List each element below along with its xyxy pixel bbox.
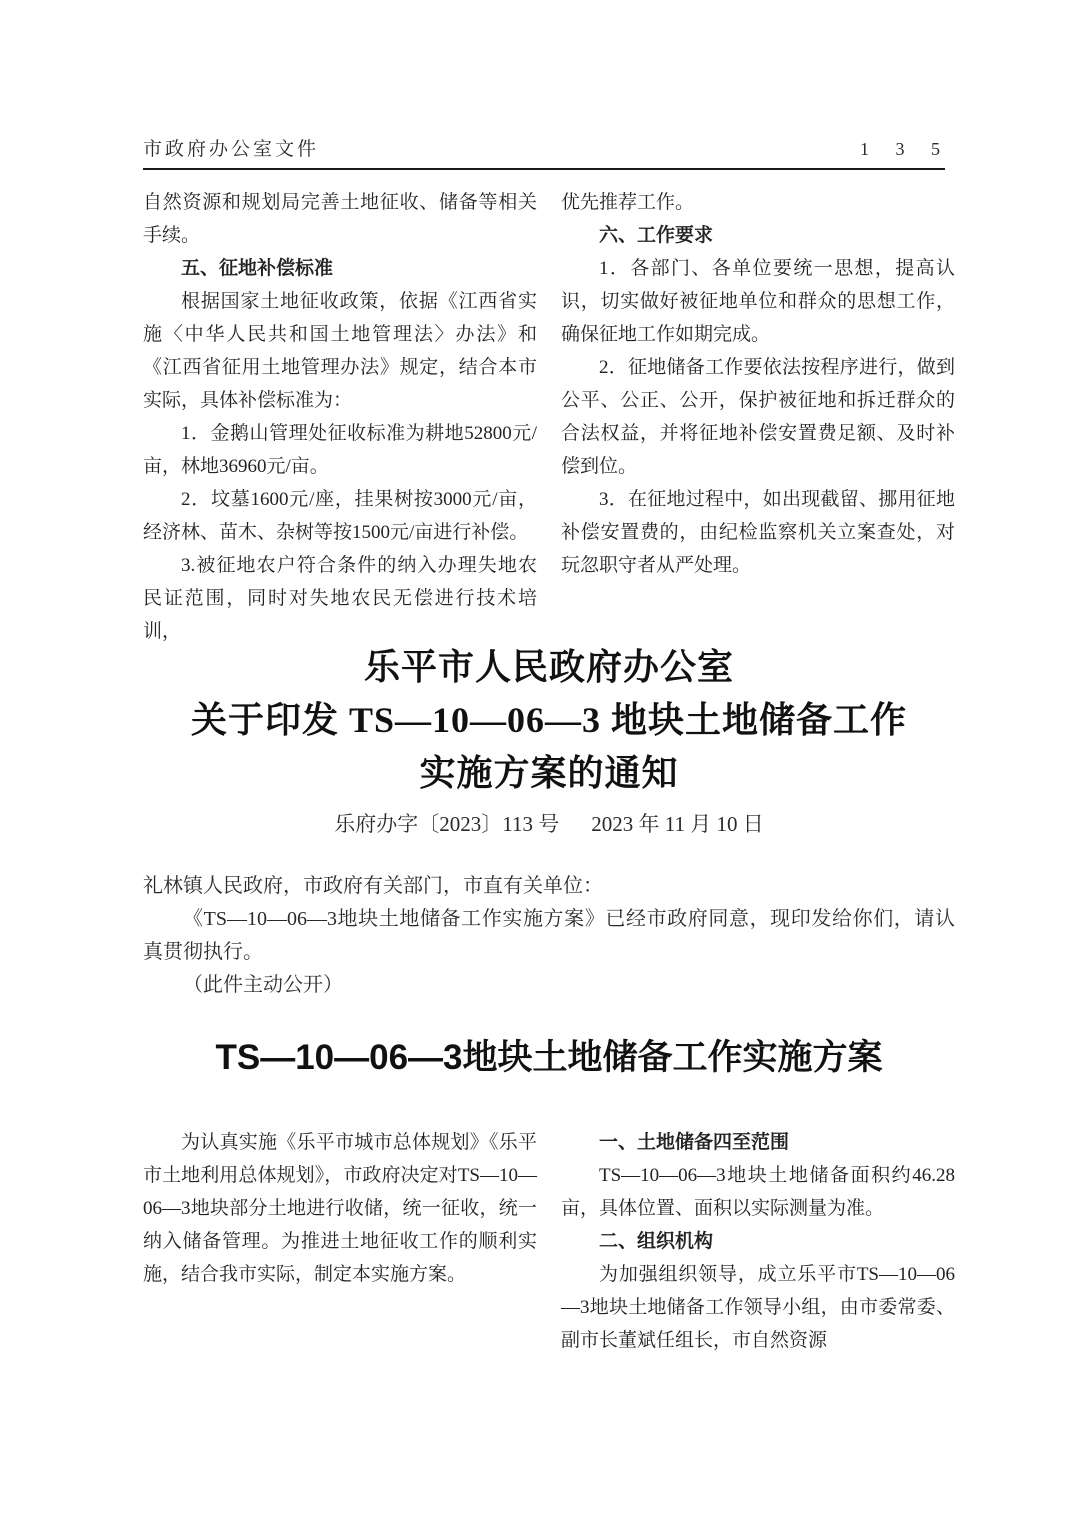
- plan-section: 为认真实施《乐平市城市总体规划》《乐平市土地利用总体规划》，市政府决定对TS—1…: [143, 1126, 955, 1357]
- document-number-line: 乐府办字〔2023〕113 号2023 年 11 月 10 日: [143, 808, 955, 838]
- notice-title: 乐平市人民政府办公室 关于印发 TS—10—06—3 地块土地储备工作 实施方案…: [143, 641, 955, 800]
- page-header: 市政府办公室文件 1 3 5: [143, 134, 945, 170]
- plan-title: TS—10—06—3地块土地储备工作实施方案: [143, 1030, 955, 1080]
- work-requirement-item-1: 1．各部门、各单位要统一思想，提高认识，切实做好被征地单位和群众的思想工作，确保…: [561, 252, 955, 351]
- plan-scope-paragraph: TS—10—06—3地块土地储备面积约46.28亩，具体位置、面积以实际测量为准…: [561, 1159, 955, 1225]
- heading-six-work-requirements: 六、工作要求: [561, 219, 955, 252]
- notice-title-line-3: 实施方案的通知: [143, 747, 955, 800]
- notice-title-line-1: 乐平市人民政府办公室: [143, 641, 955, 694]
- paragraph-policy-basis: 根据国家土地征收政策，依据《江西省实施〈中华人民共和国土地管理法〉办法》和《江西…: [143, 285, 537, 417]
- heading-five-compensation-standard: 五、征地补偿标准: [143, 252, 537, 285]
- compensation-requirements-section: 自然资源和规划局完善土地征收、储备等相关手续。 五、征地补偿标准 根据国家土地征…: [143, 186, 955, 648]
- work-requirement-item-2: 2．征地储备工作要依法按程序进行，做到公平、公正、公开，保护被征地和拆迁群众的合…: [561, 351, 955, 483]
- document-page: 市政府办公室文件 1 3 5 自然资源和规划局完善土地征收、储备等相关手续。 五…: [0, 0, 1074, 1520]
- header-rule: 市政府办公室文件 1 3 5: [143, 134, 945, 170]
- page-number: 1 3 5: [860, 139, 951, 160]
- heading-two-organization: 二、组织机构: [561, 1225, 955, 1258]
- work-requirement-item-3: 3．在征地过程中，如出现截留、挪用征地补偿安置费的，由纪检监察机关立案查处，对玩…: [561, 483, 955, 582]
- compensation-item-1: 1．金鹅山管理处征收标准为耕地52800元/亩，林地36960元/亩。: [143, 417, 537, 483]
- plan-intro-paragraph: 为认真实施《乐平市城市总体规划》《乐平市土地利用总体规划》，市政府决定对TS—1…: [143, 1126, 537, 1291]
- paragraph-continuation: 优先推荐工作。: [561, 186, 955, 219]
- compensation-item-2: 2．坟墓1600元/座，挂果树按3000元/亩，经济林、苗木、杂树等按1500元…: [143, 483, 537, 549]
- paragraph-continuation: 自然资源和规划局完善土地征收、储备等相关手续。: [143, 186, 537, 252]
- notice-body-paragraph: 《TS—10—06—3地块土地储备工作实施方案》已经市政府同意，现印发给你们，请…: [143, 903, 955, 969]
- notice-title-line-2: 关于印发 TS—10—06—3 地块土地储备工作: [143, 694, 955, 747]
- plan-organization-paragraph: 为加强组织领导，成立乐平市TS—10—06—3地块土地储备工作领导小组，由市委常…: [561, 1258, 955, 1357]
- disclosure-note: （此件主动公开）: [143, 969, 955, 1002]
- plan-right-column: 一、土地储备四至范围 TS—10—06—3地块土地储备面积约46.28亩，具体位…: [561, 1126, 955, 1357]
- top-right-column: 优先推荐工作。 六、工作要求 1．各部门、各单位要统一思想，提高认识，切实做好被…: [561, 186, 955, 648]
- compensation-item-3: 3.被征地农户符合条件的纳入办理失地农民证范围，同时对失地农民无偿进行技术培训，: [143, 549, 537, 648]
- document-date: 2023 年 11 月 10 日: [591, 812, 763, 836]
- header-department-label: 市政府办公室文件: [143, 134, 319, 161]
- plan-left-column: 为认真实施《乐平市城市总体规划》《乐平市土地利用总体规划》，市政府决定对TS—1…: [143, 1126, 537, 1357]
- top-left-column: 自然资源和规划局完善土地征收、储备等相关手续。 五、征地补偿标准 根据国家土地征…: [143, 186, 537, 648]
- recipients-line: 礼林镇人民政府，市政府有关部门，市直有关单位：: [143, 870, 955, 903]
- document-number: 乐府办字〔2023〕113 号: [334, 812, 559, 836]
- heading-one-land-reserve-scope: 一、土地储备四至范围: [561, 1126, 955, 1159]
- notice-body: 礼林镇人民政府，市政府有关部门，市直有关单位： 《TS—10—06—3地块土地储…: [143, 870, 955, 1002]
